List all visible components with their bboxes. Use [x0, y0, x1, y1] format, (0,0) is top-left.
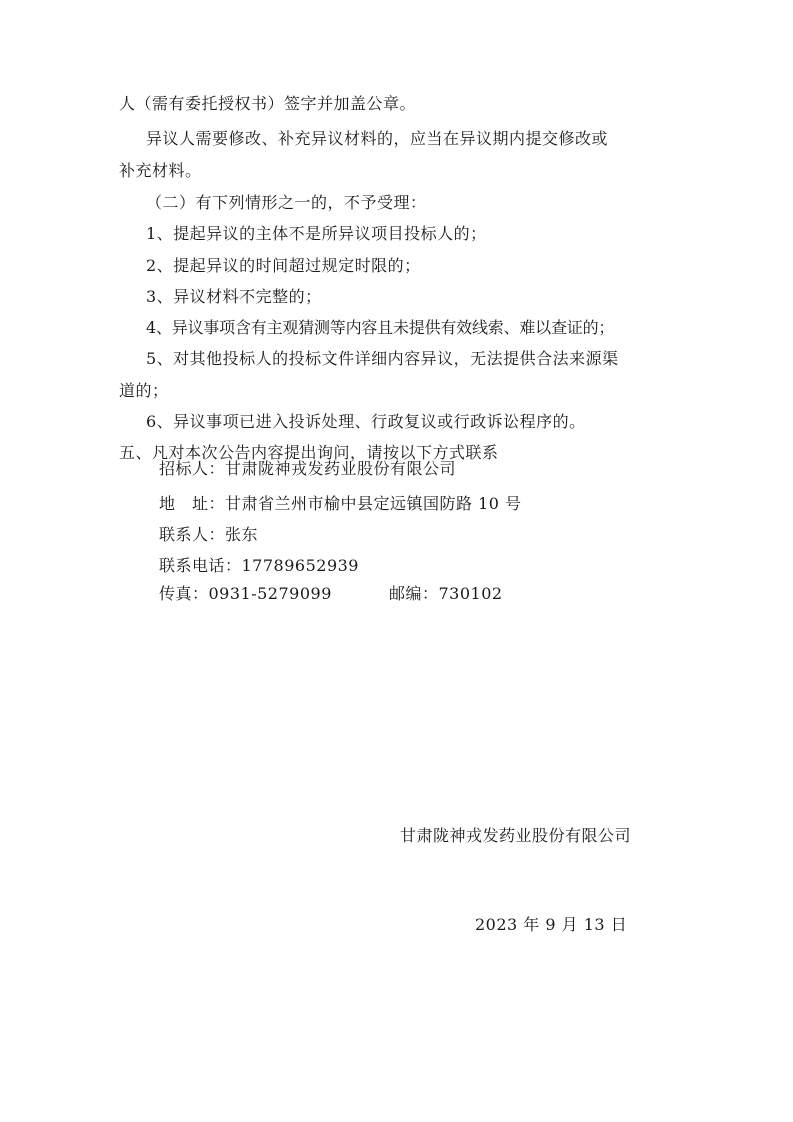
address-line: 地 址：甘肃省兰州市榆中县定远镇国防路 10 号 — [159, 494, 522, 514]
list-item: 5、对其他投标人的投标文件详细内容异议，无法提供合法来源渠 — [146, 349, 619, 369]
list-item: 6、异议事项已进入投诉处理、行政复议或行政诉讼程序的。 — [146, 412, 586, 432]
signature-company: 甘肃陇神戎发药业股份有限公司 — [400, 826, 631, 846]
phone-line: 联系电话：17789652939 — [159, 556, 359, 576]
text-line: 人（需有委托授权书）签字并加盖公章。 — [119, 94, 416, 114]
contact-person-line: 联系人：张东 — [159, 525, 258, 545]
tenderer-line: 招标人：甘肃陇神戎发药业股份有限公司 — [159, 459, 456, 479]
list-item: 1、提起异议的主体不是所异议项目投标人的； — [146, 224, 487, 244]
list-item: 3、异议材料不完整的； — [146, 287, 322, 307]
list-item: 4、异议事项含有主观猜测等内容且未提供有效线索、难以查证的； — [146, 318, 614, 338]
postcode-line: 邮编：730102 — [389, 584, 503, 604]
section-heading: （二）有下列情形之一的，不予受理： — [146, 193, 427, 213]
list-item-continuation: 道的； — [119, 381, 169, 401]
fax-line: 传真：0931-5279099 — [159, 584, 332, 604]
signature-date: 2023 年 9 月 13 日 — [475, 915, 627, 935]
text-line: 补充材料。 — [119, 161, 202, 181]
text-line: 异议人需要修改、补充异议材料的，应当在异议期内提交修改或 — [146, 129, 608, 149]
list-item: 2、提起异议的时间超过规定时限的； — [146, 256, 421, 276]
